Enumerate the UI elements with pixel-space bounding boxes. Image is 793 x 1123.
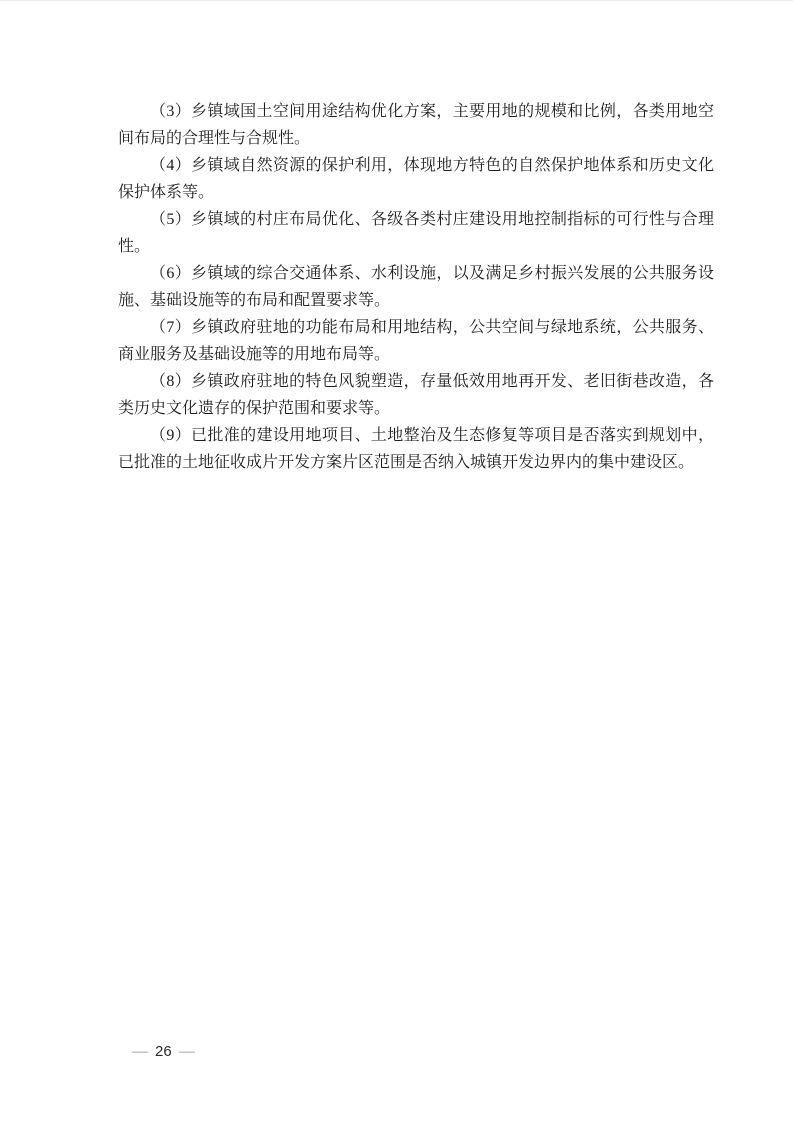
page-footer: — 26 — (132, 1042, 195, 1062)
document-page: { "doc": { "paragraphs": [ "（3）乡镇域国土空间用途… (0, 0, 793, 1123)
paragraph-item-3: （3）乡镇域国土空间用途结构优化方案，主要用地的规模和比例，各类用地空间布局的合… (118, 98, 714, 152)
paragraph-item-7: （7）乡镇政府驻地的功能布局和用地结构，公共空间与绿地系统，公共服务、商业服务及… (118, 314, 714, 368)
paragraph-item-6: （6）乡镇域的综合交通体系、水利设施，以及满足乡村振兴发展的公共服务设施、基础设… (118, 260, 714, 314)
footer-dash-right: — (179, 1042, 195, 1062)
footer-dash-left: — (132, 1042, 148, 1062)
page: （3）乡镇域国土空间用途结构优化方案，主要用地的规模和比例，各类用地空间布局的合… (0, 1, 793, 1123)
body-text: （3）乡镇域国土空间用途结构优化方案，主要用地的规模和比例，各类用地空间布局的合… (118, 98, 714, 476)
paragraph-item-8: （8）乡镇政府驻地的特色风貌塑造，存量低效用地再开发、老旧街巷改造，各类历史文化… (118, 368, 714, 422)
paragraph-item-9: （9）已批准的建设用地项目、土地整治及生态修复等项目是否落实到规划中，已批准的土… (118, 422, 714, 476)
paragraph-item-4: （4）乡镇域自然资源的保护利用，体现地方特色的自然保护地体系和历史文化保护体系等… (118, 152, 714, 206)
page-number: 26 (155, 1042, 172, 1062)
paragraph-item-5: （5）乡镇域的村庄布局优化、各级各类村庄建设用地控制指标的可行性与合理性。 (118, 206, 714, 260)
